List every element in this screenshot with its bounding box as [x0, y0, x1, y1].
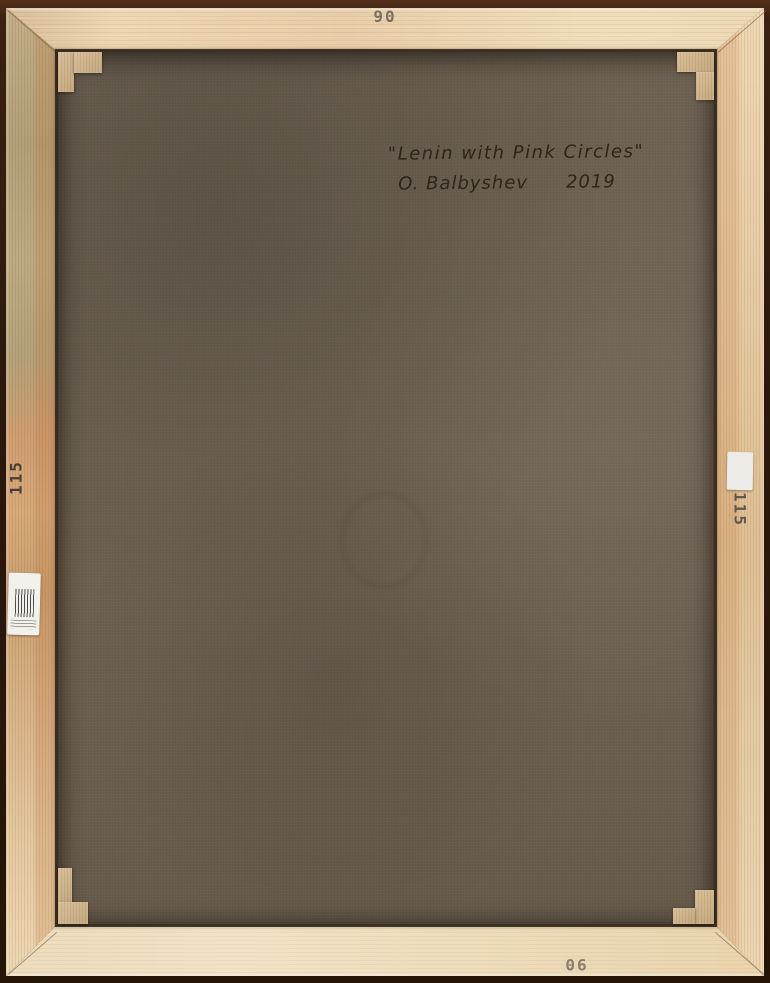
size-mark-left: 115 [7, 455, 26, 501]
inscription: "Lenin with Pink Circles" O. Balbyshev20… [388, 140, 709, 194]
corner-key-top-left [74, 52, 102, 73]
corner-key-bottom-right [695, 890, 714, 924]
corner-key-bottom-right [673, 908, 695, 924]
barcode-icon [15, 589, 35, 617]
artwork-year: 2019 [566, 171, 616, 193]
barcode-sticker [7, 573, 41, 636]
corner-key-top-right [696, 72, 714, 100]
painting-back-photo: "Lenin with Pink Circles" O. Balbyshev20… [0, 0, 770, 983]
stretcher-bar-bottom [6, 924, 764, 976]
corner-key-bottom-left [58, 902, 88, 924]
artist-name: O. Balbyshev [398, 172, 528, 194]
corner-key-bottom-left [58, 868, 72, 902]
size-mark-top: 90 [360, 7, 410, 26]
corner-key-top-left [58, 52, 74, 92]
size-mark-bottom: 90 [545, 955, 605, 974]
canvas-stain-mark [340, 492, 428, 588]
artwork-title: "Lenin with Pink Circles" [388, 140, 708, 164]
artist-signature-line: O. Balbyshev2019 [398, 170, 708, 194]
barcode-fineprint [10, 620, 36, 630]
corner-key-top-right [677, 52, 714, 72]
size-mark-right: 115 [731, 487, 750, 533]
canvas-back: "Lenin with Pink Circles" O. Balbyshev20… [58, 52, 714, 924]
blank-white-sticker [727, 452, 754, 490]
